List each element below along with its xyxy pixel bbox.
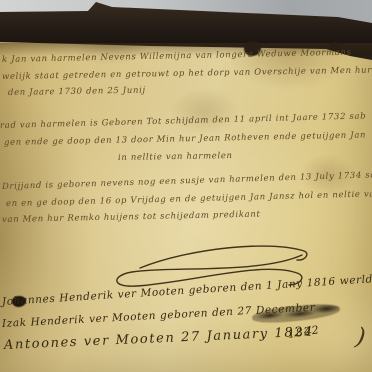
manuscript-line: van Men hur Remko huijens tot schijedam …: [2, 210, 261, 225]
manuscript-line: Drijjand is geboren nevens nog een susje…: [2, 170, 372, 192]
manuscript-line: en en ge doop den 16 op Vrijdag en de ge…: [6, 189, 372, 209]
manuscript-line: in nelltie van harmelen: [118, 151, 233, 163]
manuscript-line: gen ende ge doop den 13 door Min hur Jea…: [4, 130, 366, 148]
manuscript-line: rad van harmelen is Geboren Tot schijdam…: [0, 111, 366, 131]
closing-bracket-stroke: ): [354, 322, 368, 351]
photo-of-manuscript: k Jan van harmelen Nevens Willemijna van…: [0, 0, 372, 372]
signature-entry-1824: Antoones ver Mooten 27 January 1824: [4, 324, 315, 353]
manuscript-line: den Jaare 1730 den 25 Junij: [8, 86, 146, 98]
manuscript-line: welijk staat getreden en getrouwt op het…: [2, 66, 372, 82]
manuscript-line: k Jan van harmelen Nevens Willemijna van…: [2, 48, 352, 65]
